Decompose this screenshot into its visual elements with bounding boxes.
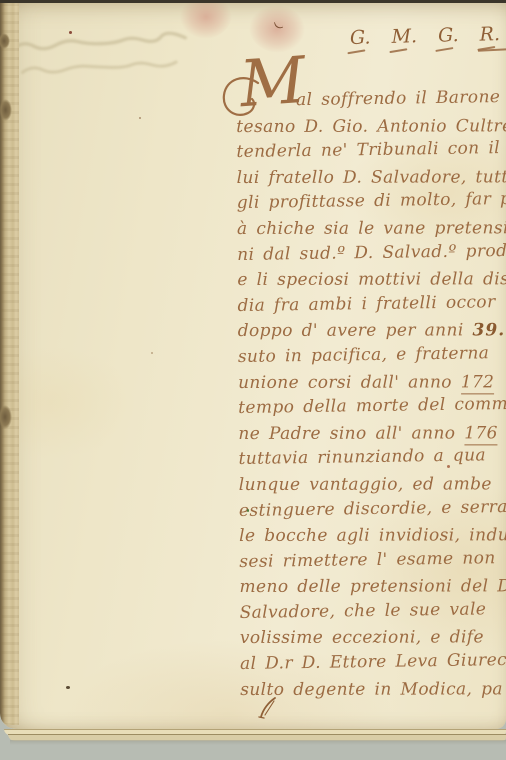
stain-mark	[274, 20, 283, 30]
book-spine-edge	[0, 3, 19, 725]
paraph-flourish	[255, 695, 281, 721]
line-text: ne Padre sino all' anno	[238, 423, 464, 444]
year-start: 172	[461, 372, 495, 394]
page-shadow	[10, 740, 506, 745]
manuscript-line: sesi rimettere l' esame non	[239, 546, 506, 576]
invocation-letter: G.	[350, 26, 371, 49]
underline-stroke	[347, 49, 365, 54]
invocation-letter: R.	[479, 23, 500, 46]
invocation-letter-text: M.	[391, 25, 417, 48]
binding-stitch	[0, 405, 12, 429]
paper-speck	[247, 509, 249, 512]
anni-number: 39.	[472, 321, 505, 341]
manuscript-line: ni dal sud.º D. Salvad.º prodo	[237, 239, 506, 269]
underline-stroke	[389, 48, 407, 53]
paper-speck	[69, 31, 72, 34]
manuscript-line: tempo della morte del commu	[238, 392, 506, 422]
paper-speck	[447, 465, 450, 468]
line-text: doppo d' avere per anni	[238, 321, 473, 342]
manuscript-line: dia fra ambi i fratelli occor	[237, 290, 506, 320]
scan-top-edge	[0, 0, 506, 3]
header-rule-stroke	[478, 48, 506, 51]
invocation-letter-text: G.	[438, 24, 459, 47]
year-end: 176	[464, 423, 498, 445]
invocation-letter: G.	[438, 24, 459, 47]
manuscript-page: G. M. G. R. M al soffrendo il Barone di …	[0, 3, 506, 729]
manuscript-line: tuttavia rinunziando a qua	[238, 443, 506, 473]
manuscript-line: gli profittasse di molto, far pale	[237, 187, 506, 217]
manuscript-line: al D.r D. Ettore Leva Giureco	[240, 648, 506, 678]
paper-speck	[66, 686, 70, 689]
manuscript-line: lunque vantaggio, ed ambe	[239, 472, 506, 498]
invocation-letter-text: G.	[350, 26, 371, 49]
binding-stitch	[0, 33, 10, 49]
invocation-letter: M.	[391, 25, 417, 48]
manuscript-line: tenderla ne' Tribunali con il di	[236, 136, 506, 166]
underline-stroke	[435, 47, 453, 52]
line-text: unione corsi dall' anno	[238, 372, 461, 393]
invocation-header: G. M. G. R.	[350, 23, 501, 49]
paper-speck	[139, 117, 141, 119]
manuscript-line: al soffrendo il Barone di Mo	[236, 85, 506, 115]
paper-speck	[151, 352, 153, 354]
manuscript-line: Salvadore, che le sue vale	[239, 597, 506, 627]
manuscript-line: estinguere discordie, e serra	[239, 494, 506, 524]
manuscript-text-block: al soffrendo il Barone di Mo tesano D. G…	[236, 87, 506, 703]
binding-stitch	[0, 99, 12, 121]
invocation-letter-text: R.	[479, 23, 500, 46]
manuscript-scan: G. M. G. R. M al soffrendo il Barone di …	[0, 0, 506, 760]
bleed-through-text	[11, 29, 231, 91]
manuscript-line: suto in pacifica, e fraterna	[238, 341, 506, 371]
